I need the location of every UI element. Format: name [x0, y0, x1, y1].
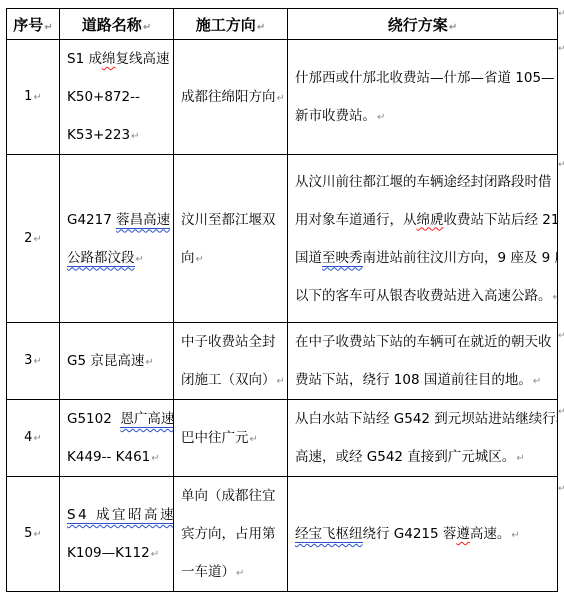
marked-text-segment: 经宝飞枢纽 — [295, 526, 363, 543]
text-segment: 向 — [181, 250, 195, 266]
paragraph-mark-icon: ↵ — [277, 93, 285, 104]
table-row: 3↵ G5 京昆高速↵ 中子收费站全封闭施工（双向）↵ 在中子收费站下站的车辆可… — [7, 323, 558, 400]
construction-detour-table: 序号↵ 道路名称↵ 施工方向↵ 绕行方案↵ 1↵ S1 成绵复线高速K50+87… — [6, 8, 558, 592]
header-cell-no: 序号↵ — [7, 9, 60, 40]
table-body: 1↵ S1 成绵复线高速K50+872--K53+223↵ 成都往绵阳方向↵ 什… — [7, 40, 558, 592]
text-segment: 5 — [24, 526, 32, 541]
text-line: 成都往绵阳方向↵ — [181, 78, 280, 116]
cell-construction-direction: 巴中往广元↵ — [174, 400, 288, 477]
text-line: 从汶川前往都江堰的车辆途经封闭路段时借 — [295, 163, 550, 201]
text-segment: 以下的客车可从银杏收费站进入高速公路。 — [295, 288, 552, 304]
marked-text-segment: 至映秀 — [322, 250, 363, 267]
paragraph-mark-icon: ↵ — [131, 131, 139, 142]
paragraph-mark-icon: ↵ — [553, 292, 558, 303]
text-segment: 一车道） — [181, 564, 235, 580]
text-segment: K109—K112 — [67, 545, 150, 561]
text-segment: 2 — [24, 231, 32, 246]
cell-road-name: S1 成绵复线高速K50+872--K53+223↵ — [60, 40, 174, 155]
text-segment: 费站下站，绕行 108 国道前往目的地。 — [295, 372, 532, 388]
paragraph-mark-icon: ↵ — [33, 529, 41, 540]
text-segment: 用对象车道通行，从 — [295, 212, 417, 228]
text-segment: K50+872-- — [67, 89, 140, 105]
paragraph-mark-icon: ↵ — [511, 530, 519, 541]
paragraph-mark-icon: ↵ — [33, 356, 41, 367]
header-cell-direction: 施工方向↵ — [174, 9, 288, 40]
text-segment: 成都往绵阳方向 — [181, 89, 276, 105]
paragraph-mark-icon: ↵ — [250, 434, 258, 445]
text-line: 4↵ — [7, 419, 59, 457]
paragraph-mark-icon: ↵ — [151, 453, 159, 464]
row-end-mark: ↵ — [558, 161, 564, 170]
cell-serial-number: 2↵ — [7, 155, 60, 323]
cell-road-name: S4 成宜昭高速K109—K112↵ — [60, 477, 174, 592]
text-line: S1 成绵复线高速 — [67, 40, 166, 78]
paragraph-mark-icon: ↵ — [377, 112, 385, 123]
text-line: 5↵ — [7, 515, 59, 553]
text-line: 国道至映秀南进站前往汶川方向，9 座及 9 座 — [295, 239, 550, 277]
text-segment: 从汶川前往都江堰的车辆途经封闭路段时借 — [295, 174, 552, 190]
text-segment: 汶川至都江堰双 — [181, 212, 276, 228]
cell-road-name: G4217 蓉昌高速公路都汶段↵ — [60, 155, 174, 323]
text-segment: 巴中往广元 — [181, 430, 249, 446]
text-segment: S1 成 — [67, 51, 102, 67]
cell-construction-direction: 汶川至都江堰双向↵ — [174, 155, 288, 323]
row-end-mark: ↵ — [558, 485, 564, 494]
cell-serial-number: 4↵ — [7, 400, 60, 477]
text-line: 巴中往广元↵ — [181, 419, 280, 457]
table-row: 4↵ G5102 恩广高速K449-- K461↵ 巴中往广元↵ 从白水站下站经… — [7, 400, 558, 477]
cell-detour-plan: 从白水站下站经 G542 到元坝站进站继续行驶高速，或经 G542 直接到广元城… — [288, 400, 558, 477]
table-row: 5↵ S4 成宜昭高速K109—K112↵ 单向（成都往宜宾方向，占用第一车道）… — [7, 477, 558, 592]
text-segment: 宾方向，占用第 — [181, 526, 276, 542]
text-line: G5102 恩广高速 — [67, 400, 166, 438]
cell-serial-number: 5↵ — [7, 477, 60, 592]
cell-detour-plan: 在中子收费站下站的车辆可在就近的朝天收费站下站，绕行 108 国道前往目的地。↵ — [288, 323, 558, 400]
marked-text-segment: 恩广高速 — [120, 411, 173, 428]
table-header-row: 序号↵ 道路名称↵ 施工方向↵ 绕行方案↵ — [7, 9, 558, 40]
header-cell-road-name: 道路名称↵ — [60, 9, 174, 40]
cell-detour-plan: 从汶川前往都江堰的车辆途经封闭路段时借用对象车道通行，从绵虒收费站下站后经 21… — [288, 155, 558, 323]
marked-text-segment: 绵 — [102, 51, 116, 67]
paragraph-mark-icon: ↵ — [151, 549, 159, 560]
header-label-no: 序号 — [13, 16, 43, 34]
paragraph-mark-icon: ↵ — [136, 254, 144, 265]
text-line: 2↵ — [7, 220, 59, 258]
text-segment: 新市收费站。 — [295, 108, 376, 124]
cell-serial-number: 3↵ — [7, 323, 60, 400]
text-line: 一车道）↵ — [181, 553, 280, 591]
paragraph-mark-icon: ↵ — [257, 22, 265, 33]
text-segment: 从白水站下站经 G542 到元坝站进站继续行驶 — [295, 411, 558, 427]
table-row: 1↵ S1 成绵复线高速K50+872--K53+223↵ 成都往绵阳方向↵ 什… — [7, 40, 558, 155]
text-line: 闭施工（双向）↵ — [181, 361, 280, 399]
header-label-road-name: 道路名称 — [82, 16, 142, 34]
text-line: K449-- K461↵ — [67, 438, 166, 476]
paragraph-mark-icon: ↵ — [533, 376, 541, 387]
text-line: K53+223↵ — [67, 116, 166, 154]
text-segment: 闭施工（双向） — [181, 372, 276, 388]
text-segment: 南进站前往汶川方向，9 座及 9 座 — [363, 250, 558, 266]
row-end-mark: ↵ — [558, 408, 564, 417]
paragraph-mark-icon: ↵ — [33, 234, 41, 245]
text-segment: 国道 — [295, 250, 322, 266]
paragraph-mark-icon: ↵ — [449, 22, 457, 33]
row-end-mark: ↵ — [558, 45, 564, 54]
text-segment: 4 — [24, 430, 32, 445]
text-line: 宾方向，占用第 — [181, 515, 280, 553]
text-segment: 单向（成都往宜 — [181, 488, 276, 504]
text-line: 公路都汶段↵ — [67, 239, 166, 277]
text-segment: G5 京昆高速 — [67, 353, 144, 369]
text-line: 汶川至都江堰双 — [181, 201, 280, 239]
paragraph-mark-icon: ↵ — [143, 22, 151, 33]
text-line: 以下的客车可从银杏收费站进入高速公路。↵ — [295, 277, 550, 315]
marked-text-segment: 遵 — [456, 526, 470, 542]
text-segment: 收费站下站后经 213 — [444, 212, 558, 228]
cell-detour-plan: 什邡西或什邡北收费站—什邡—省道 105—新市收费站。↵ — [288, 40, 558, 155]
text-line: 向↵ — [181, 239, 280, 277]
paragraph-mark-icon: ↵ — [196, 254, 204, 265]
header-cell-plan: 绕行方案↵ — [288, 9, 558, 40]
header-label-plan: 绕行方案 — [388, 16, 448, 34]
text-segment: G5102 — [67, 411, 120, 427]
text-segment: 在中子收费站下站的车辆可在就近的朝天收 — [295, 334, 552, 350]
text-segment: 1 — [24, 89, 32, 104]
paragraph-mark-icon: ↵ — [277, 376, 285, 387]
text-line: 用对象车道通行，从绵虒收费站下站后经 213 — [295, 201, 550, 239]
text-segment: 高速，或经 G542 直接到广元城区。 — [295, 449, 515, 465]
text-segment: K449-- K461 — [67, 449, 150, 465]
text-segment: G4217 — [67, 212, 116, 228]
cell-construction-direction: 中子收费站全封闭施工（双向）↵ — [174, 323, 288, 400]
text-line: 1↵ — [7, 78, 59, 116]
paragraph-mark-icon: ↵ — [33, 433, 41, 444]
text-segment: 什邡西或什邡北收费站—什邡—省道 105— — [295, 70, 555, 86]
text-segment: 复线高速 — [115, 51, 169, 67]
text-line: K50+872-- — [67, 78, 166, 116]
marked-text-segment: S4 成宜昭高速 — [67, 507, 174, 524]
text-line: 中子收费站全封 — [181, 323, 280, 361]
marked-text-segment: 公路都汶段 — [67, 250, 135, 267]
marked-text-segment: 蓉昌高速 — [116, 212, 170, 229]
text-line: 新市收费站。↵ — [295, 97, 550, 135]
text-line: K109—K112↵ — [67, 534, 166, 572]
cell-road-name: G5 京昆高速↵ — [60, 323, 174, 400]
cell-detour-plan: 经宝飞枢纽绕行 G4215 蓉遵高速。↵ — [288, 477, 558, 592]
text-line: 高速，或经 G542 直接到广元城区。↵ — [295, 438, 550, 476]
paragraph-mark-icon: ↵ — [145, 357, 153, 368]
cell-serial-number: 1↵ — [7, 40, 60, 155]
text-segment: 中子收费站全封 — [181, 334, 276, 350]
cell-road-name: G5102 恩广高速K449-- K461↵ — [60, 400, 174, 477]
marked-text-segment: 绵虒 — [417, 212, 444, 228]
text-line: S4 成宜昭高速 — [67, 496, 166, 534]
text-line: 从白水站下站经 G542 到元坝站进站继续行驶 — [295, 400, 550, 438]
text-line: 单向（成都往宜 — [181, 477, 280, 515]
paragraph-mark-icon: ↵ — [516, 453, 524, 464]
text-line: 费站下站，绕行 108 国道前往目的地。↵ — [295, 361, 550, 399]
text-segment: 绕行 G4215 蓉 — [363, 526, 457, 542]
cell-construction-direction: 单向（成都往宜宾方向，占用第一车道）↵ — [174, 477, 288, 592]
text-segment: 高速。 — [470, 526, 511, 542]
table-row: 2↵ G4217 蓉昌高速公路都汶段↵ 汶川至都江堰双向↵ 从汶川前往都江堰的车… — [7, 155, 558, 323]
paragraph-mark-icon: ↵ — [33, 92, 41, 103]
text-line: 在中子收费站下站的车辆可在就近的朝天收 — [295, 323, 550, 361]
paragraph-mark-icon: ↵ — [236, 568, 244, 579]
text-line: 3↵ — [7, 342, 59, 380]
text-line: G4217 蓉昌高速 — [67, 201, 166, 239]
text-line: G5 京昆高速↵ — [67, 342, 166, 380]
text-segment: 3 — [24, 353, 32, 368]
row-end-mark: ↵ — [558, 332, 564, 341]
text-line: 什邡西或什邡北收费站—什邡—省道 105— — [295, 59, 550, 97]
cell-construction-direction: 成都往绵阳方向↵ — [174, 40, 288, 155]
text-line: 经宝飞枢纽绕行 G4215 蓉遵高速。↵ — [295, 515, 550, 553]
header-label-direction: 施工方向 — [196, 16, 256, 34]
row-end-mark: ↵ — [558, 10, 564, 19]
text-segment: K53+223 — [67, 127, 130, 143]
paragraph-mark-icon: ↵ — [44, 22, 52, 33]
